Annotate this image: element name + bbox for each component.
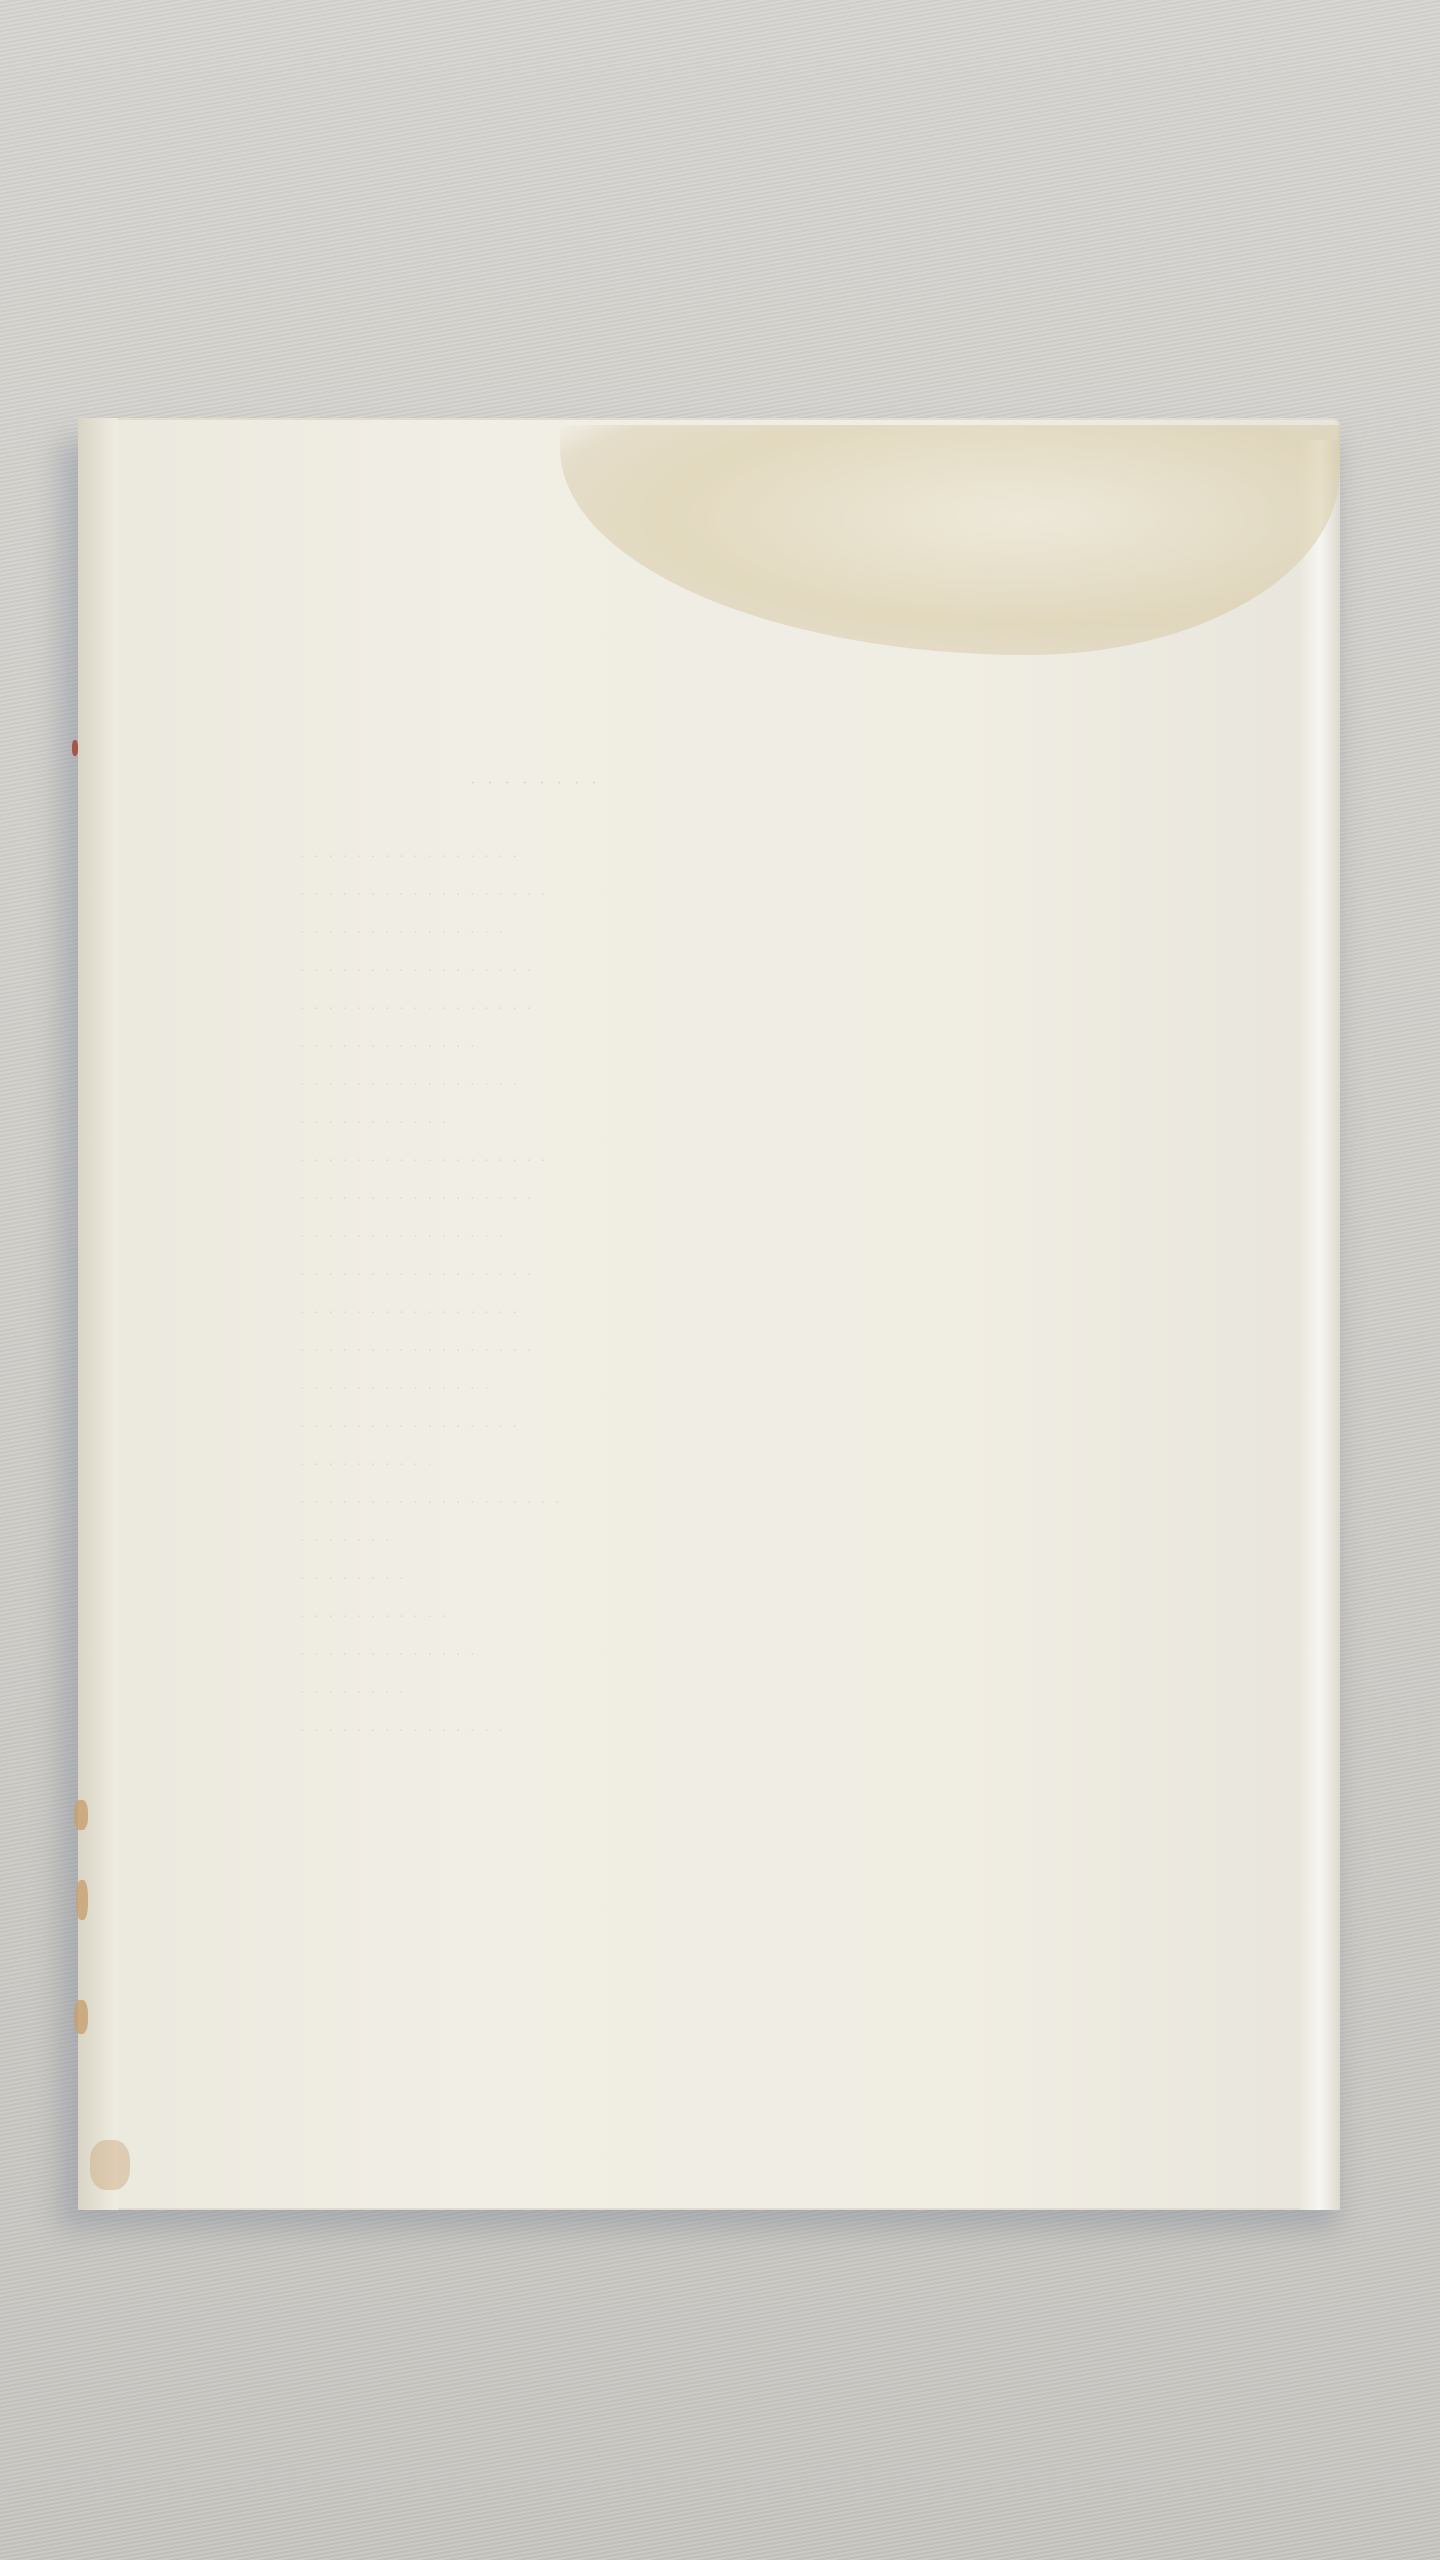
text-line: · · · · · · · · · · ·: [300, 1116, 1000, 1130]
corner-wear: [90, 2140, 130, 2190]
show-through-text: · · · · · · · · · · · · · · · · · · · · …: [300, 770, 1000, 1762]
edge-tear: [74, 1800, 88, 1830]
text-line: · · · · · · · · · · · · · · · · ·: [300, 1192, 1000, 1206]
text-line: · · · · · · · · · · · · · · · ·: [300, 850, 1000, 864]
spine-mark: [72, 740, 78, 756]
text-line: · · · · · · · · · · · · · · · ·: [300, 1078, 1000, 1092]
text-line: · · · · · · ·: [300, 1534, 1000, 1548]
text-line: · · · · · · · ·: [300, 1572, 1000, 1586]
book-spine-edge: [78, 418, 118, 2210]
text-line: · · · · · · · · · ·: [300, 1458, 1000, 1472]
text-line: · · · · · · · · · · · · · · · · · ·: [300, 888, 1000, 902]
text-line: · · · · · · · · · · · · · · · · ·: [300, 964, 1000, 978]
cover-right-edge: [1300, 440, 1340, 2210]
text-line: · · · · · · · · · · · · · · ·: [300, 926, 1000, 940]
text-line: · · · · · · · · · · · · · · · · ·: [300, 1268, 1000, 1282]
text-line: · · · · · · · · · · · · · · ·: [300, 1724, 1000, 1738]
text-line: · · · · · · · · · · · · · · · · ·: [300, 1002, 1000, 1016]
text-line: · · · · · · · · · · ·: [300, 1610, 1000, 1624]
text-line: · · · · · · · · · · · · · · · ·: [300, 1420, 1000, 1434]
edge-tear: [74, 2000, 88, 2034]
text-line: · · · · · · · · · · · · · · · ·: [300, 1306, 1000, 1320]
text-line: · · · · · · · · · · · · · · ·: [300, 1230, 1000, 1244]
text-line: · · · · · · · · · · · · ·: [300, 1648, 1000, 1662]
text-line: · · · · · · · · · · · · · · · · ·: [300, 1344, 1000, 1358]
text-line: · · · · · · · · · · · · · ·: [300, 1382, 1000, 1396]
text-line: · · · · · · · · · · · · · · · · · ·: [300, 1154, 1000, 1168]
edge-tear: [76, 1880, 88, 1920]
text-line: · · · · · · · · · · · · · · · · · · ·: [300, 1496, 1000, 1510]
text-line: · · · · · · · ·: [300, 1686, 1000, 1700]
text-line: · · · · · · · · · · · · ·: [300, 1040, 1000, 1054]
